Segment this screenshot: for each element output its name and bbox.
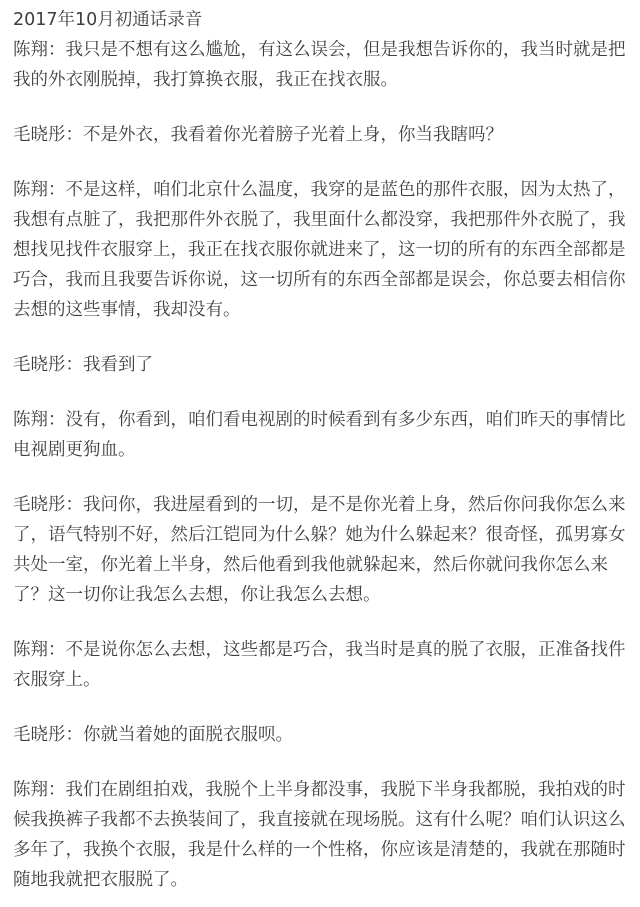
- transcript-paragraph: 毛晓彤：你就当着她的面脱衣服呗。: [13, 720, 627, 750]
- transcript-paragraph: 毛晓彤：我看到了: [13, 350, 627, 380]
- transcript-paragraph: 陈翔：我们在剧组拍戏，我脱个上半身都没事，我脱下半身我都脱，我拍戏的时候我换裤子…: [13, 775, 627, 895]
- transcript-paragraph: 毛晓彤：我问你，我进屋看到的一切，是不是你光着上身，然后你问我你怎么来了，语气特…: [13, 490, 627, 610]
- transcript-paragraph: 陈翔：不是这样，咱们北京什么温度，我穿的是蓝色的那件衣服，因为太热了，我想有点脏…: [13, 175, 627, 325]
- article-page: 2017年10月初通话录音 陈翔：我只是不想有这么尴尬，有这么误会，但是我想告诉…: [0, 0, 640, 907]
- transcript-paragraph: 毛晓彤：不是外衣，我看着你光着膀子光着上身，你当我瞎吗？: [13, 120, 627, 150]
- transcript-paragraph: 陈翔：不是说你怎么去想，这些都是巧合，我当时是真的脱了衣服，正准备找件衣服穿上。: [13, 635, 627, 695]
- transcript-body: 陈翔：我只是不想有这么尴尬，有这么误会，但是我想告诉你的，我当时就是把我的外衣刚…: [13, 35, 627, 895]
- transcript-paragraph: 陈翔：我只是不想有这么尴尬，有这么误会，但是我想告诉你的，我当时就是把我的外衣刚…: [13, 35, 627, 95]
- transcript-paragraph: 陈翔：没有，你看到，咱们看电视剧的时候看到有多少东西，咱们昨天的事情比电视剧更狗…: [13, 405, 627, 465]
- article-title: 2017年10月初通话录音: [13, 5, 627, 35]
